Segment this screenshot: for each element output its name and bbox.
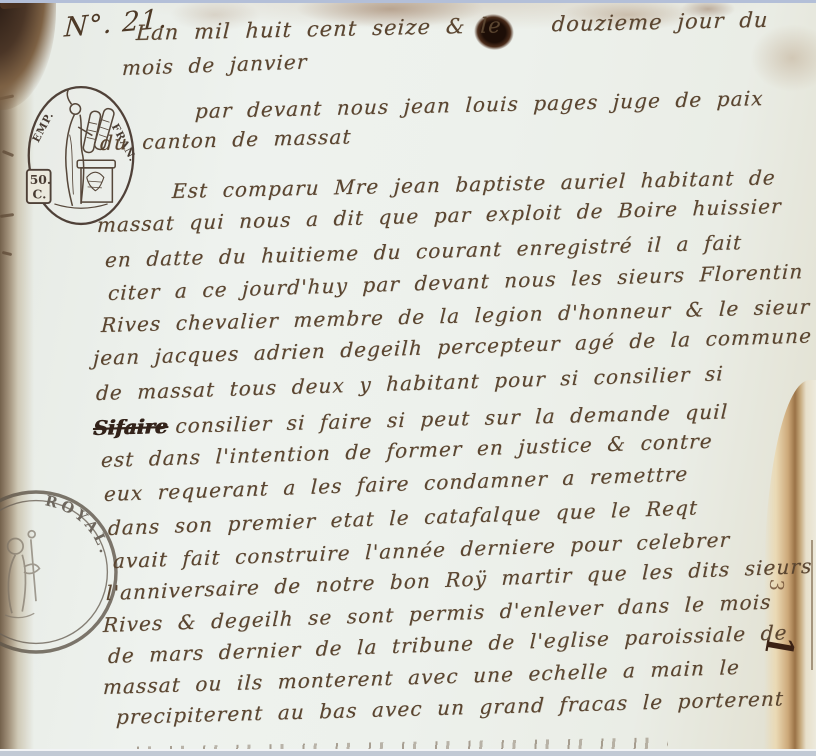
previous-page-ink-mark [0,213,14,218]
stamp-value-unit: C. [33,186,47,201]
struck-word: Sifaire [92,414,167,440]
seal-figure [5,531,39,618]
previous-page-ink-mark [2,251,12,256]
scan-border-bottom [0,749,816,756]
manuscript-page-scan: 3 1 EMP. FRAN. 50. C. [0,0,816,756]
stamp-denomination: 50. C. [27,170,51,203]
line-gap [501,31,551,32]
stamp-value: 50. [30,172,51,187]
revenue-stamp-icon: EMP. FRAN. 50. C. [24,80,138,232]
previous-page-ink-mark [2,150,14,157]
scan-border-top [0,0,816,3]
line-text: douzieme jour du [551,8,769,37]
